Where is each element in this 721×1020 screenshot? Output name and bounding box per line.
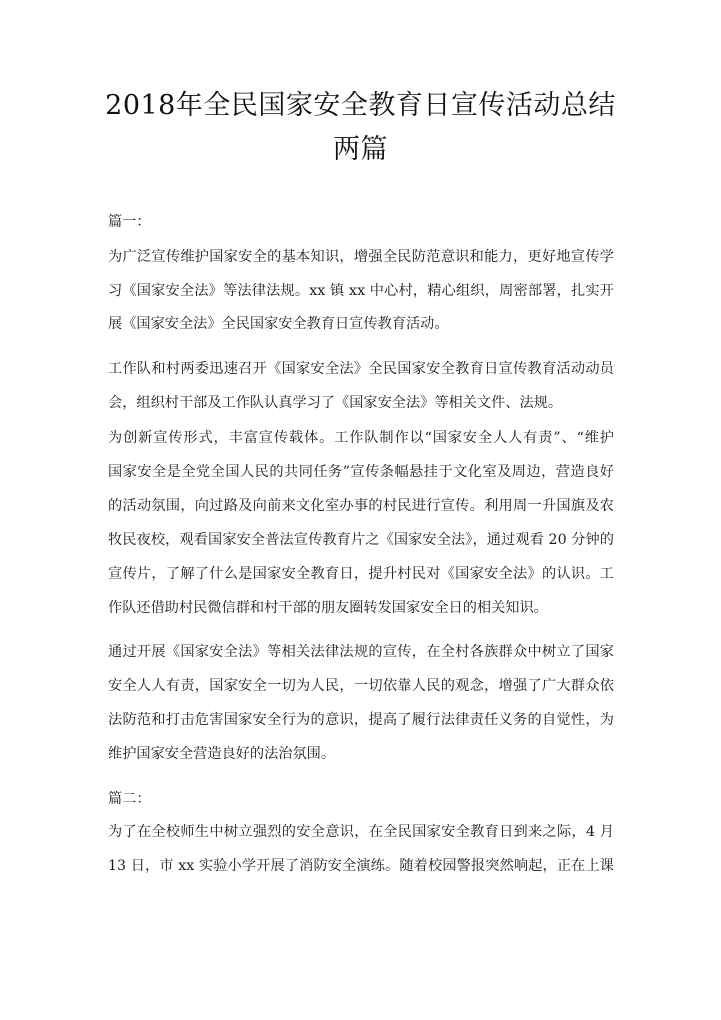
- document-page: 2018年全民国家安全教育日宣传活动总结 两篇 篇一： 为广泛宣传维护国家安全的…: [0, 0, 721, 1020]
- section-heading-2: 篇二：: [108, 789, 614, 809]
- paragraph-line: 的活动氛围，向过路及向前来文化室办事的村民进行宣传。利用周一升国旗及农: [108, 496, 614, 516]
- paragraph-line: 为了在全校师生中树立强烈的安全意识，在全民国家安全教育日到来之际，4 月: [108, 822, 614, 842]
- paragraph-line: 安全人人有责，国家安全一切为人民，一切依靠人民的观念，增强了广大群众依: [108, 676, 614, 696]
- document-title-line-2: 两篇: [0, 128, 721, 172]
- paragraph-line: 展《国家安全法》全民国家安全教育日宣传教育活动。: [108, 314, 614, 334]
- section-heading-1: 篇一：: [108, 212, 614, 232]
- paragraph-line: 工作队和村两委迅速召开《国家安全法》全民国家安全教育日宣传教育活动动员: [108, 359, 614, 379]
- paragraph-line: 为创新宣传形式，丰富宣传载体。工作队制作以“国家安全人人有责”、“维护: [108, 428, 614, 448]
- paragraph-line: 维护国家安全营造良好的法治氛围。: [108, 744, 614, 764]
- paragraph-line: 作队还借助村民微信群和村干部的朋友圈转发国家安全日的相关知识。: [108, 598, 614, 618]
- document-title-line-1: 2018年全民国家安全教育日宣传活动总结: [0, 84, 721, 128]
- paragraph-line: 宣传片，了解了什么是国家安全教育日，提升村民对《国家安全法》的认识。工: [108, 564, 614, 584]
- paragraph-line: 13 日，市 xx 实验小学开展了消防安全演练。随着校园警报突然响起，正在上课: [108, 856, 614, 876]
- paragraph-line: 牧民夜校，观看国家安全普法宣传教育片之《国家安全法》，通过观看 20 分钟的: [108, 530, 614, 550]
- paragraph-line: 会，组织村干部及工作队认真学习了《国家安全法》等相关文件、法规。: [108, 393, 614, 413]
- paragraph-line: 通过开展《国家安全法》等相关法律法规的宣传，在全村各族群众中树立了国家: [108, 642, 614, 662]
- paragraph-line: 国家安全是全党全国人民的共同任务”宣传条幅悬挂于文化室及周边，营造良好: [108, 462, 614, 482]
- paragraph-line: 法防范和打击危害国家安全行为的意识，提高了履行法律责任义务的自觉性，为: [108, 710, 614, 730]
- paragraph-line: 为广泛宣传维护国家安全的基本知识，增强全民防范意识和能力，更好地宣传学: [108, 247, 614, 267]
- paragraph-line: 习《国家安全法》等法律法规。xx 镇 xx 中心村，精心组织，周密部署，扎实开: [108, 281, 614, 301]
